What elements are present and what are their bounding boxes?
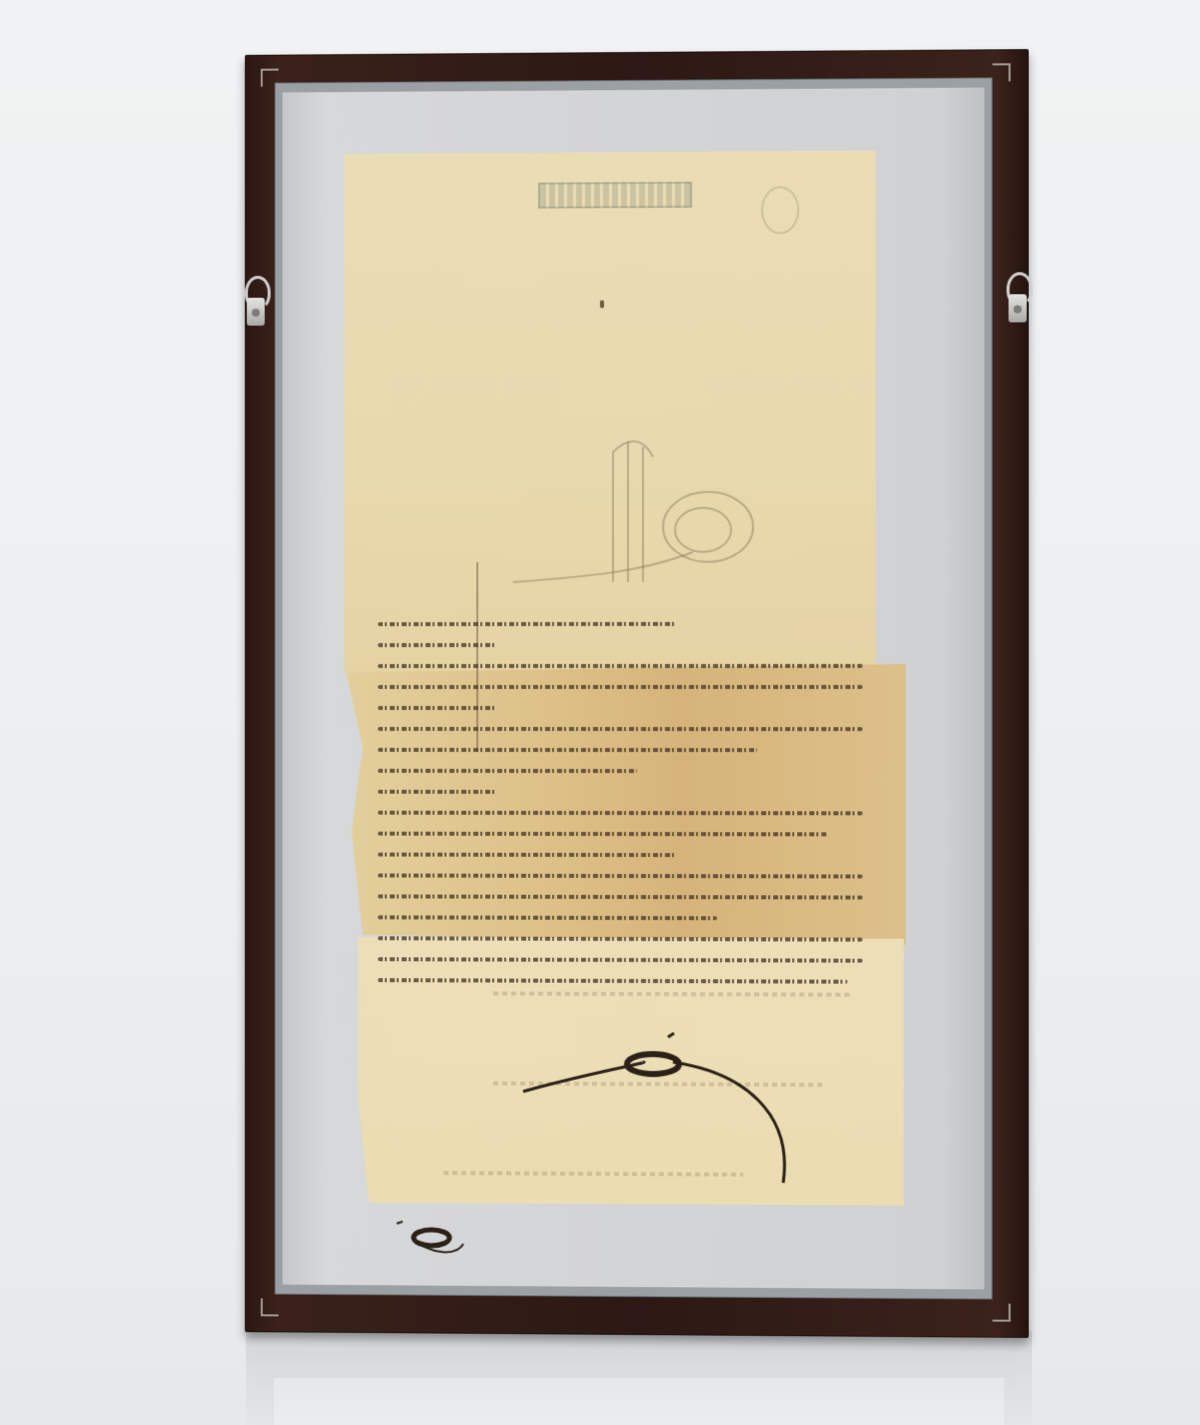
- ink-spot: [600, 300, 604, 308]
- seal-mark: [761, 186, 799, 234]
- ottoman-document: [344, 150, 904, 1203]
- corner-mark-icon: [261, 1298, 279, 1316]
- calligraphy-text-block: [378, 622, 878, 1001]
- signature-flourish-icon: [513, 1032, 813, 1214]
- tughra-emblem-icon: [503, 432, 773, 623]
- header-stamp: [538, 182, 692, 209]
- hanger-hook-icon: [243, 276, 269, 332]
- corner-mark-icon: [992, 63, 1010, 81]
- corner-mark-icon: [992, 1304, 1010, 1322]
- small-signature-icon: [392, 1216, 472, 1266]
- frame-reflection: [246, 1330, 1032, 1425]
- picture-frame: [245, 49, 1029, 1338]
- hanger-hook-icon: [1005, 272, 1031, 328]
- photo-scene: [0, 0, 1200, 1425]
